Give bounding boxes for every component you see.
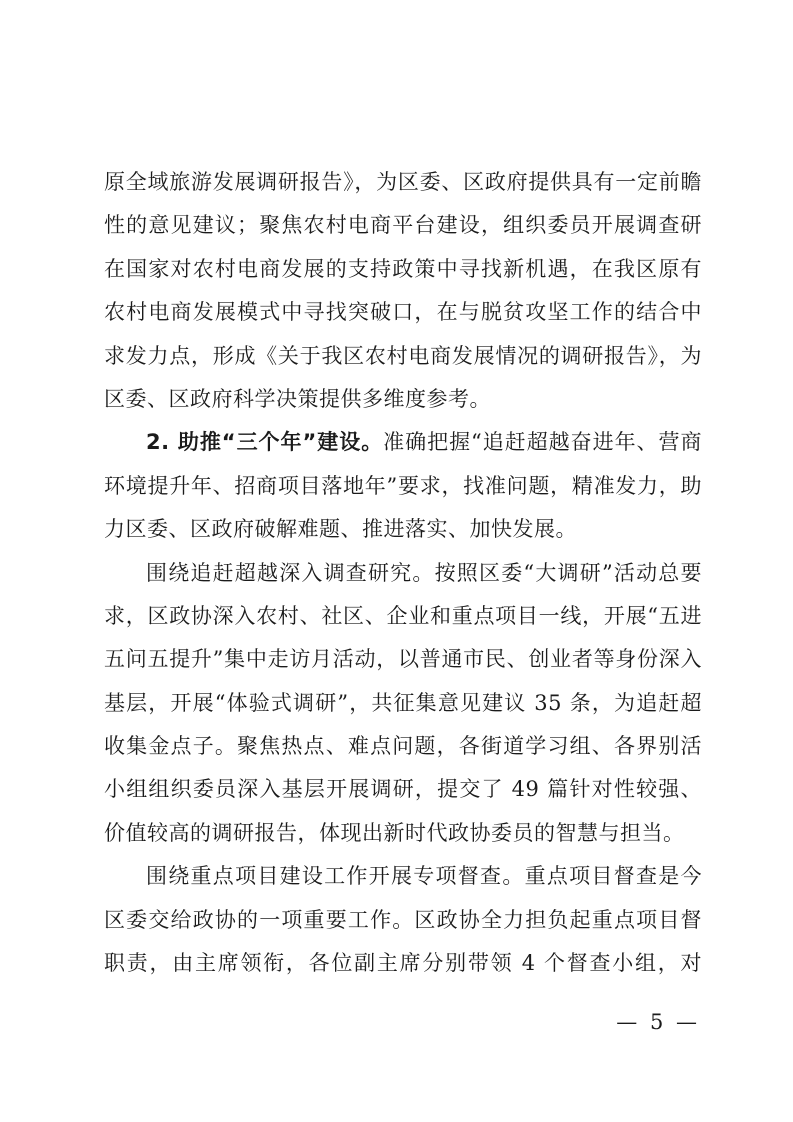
- line-text: 农村电商发展模式中寻找突破口，在与脱贫攻坚工作的结合中寻: [104, 300, 702, 334]
- line-text: 小组组织委员深入基层开展调研，提交了 49 篇针对性较强、参考: [104, 777, 702, 811]
- line-text: 区委交给政协的一项重要工作。区政协全力担负起重点项目督查: [104, 908, 702, 942]
- text-line: 求，区政协深入农村、社区、企业和重点项目一线，开展“五进: [104, 595, 702, 638]
- line-text: 力区委、区政府破解难题、推进落实、加快发展。: [104, 517, 577, 541]
- line-text: 环境提升年、招商项目落地年”要求，找准问题，精准发力，助: [104, 474, 702, 498]
- line-text: 求，区政协深入农村、社区、企业和重点项目一线，开展“五进: [104, 604, 702, 628]
- line-text: 五问五提升”集中走访月活动，以普通市民、创业者等身份深入: [104, 647, 702, 671]
- text-line: 区委、区政府科学决策提供多维度参考。: [104, 378, 702, 421]
- line-text: 围绕重点项目建设工作开展专项督查。重点项目督查是今年: [146, 864, 702, 898]
- body-text: 原全域旅游发展调研报告》，为区委、区政府提供具有一定前瞻 性的意见建议；聚焦农村…: [104, 161, 702, 985]
- text-line: 原全域旅游发展调研报告》，为区委、区政府提供具有一定前瞻: [104, 161, 702, 204]
- text-line: 围绕重点项目建设工作开展专项督查。重点项目督查是今年: [104, 855, 702, 898]
- line-text: 在国家对农村电商发展的支持政策中寻找新机遇，在我区原有的: [104, 257, 702, 291]
- line-text: 区委、区政府科学决策提供多维度参考。: [104, 387, 491, 411]
- line-text: 性的意见建议；聚焦农村电商平台建设，组织委员开展调查研究，: [104, 213, 702, 247]
- text-line: 求发力点，形成《关于我区农村电商发展情况的调研报告》，为: [104, 335, 702, 378]
- line-text: 准确把握“追赶超越奋进年、营商: [383, 430, 702, 454]
- text-line: 2. 助推“三个年”建设。准确把握“追赶超越奋进年、营商: [104, 421, 702, 464]
- text-line: 力区委、区政府破解难题、推进落实、加快发展。: [104, 508, 702, 551]
- text-line: 性的意见建议；聚焦农村电商平台建设，组织委员开展调查研究，: [104, 204, 702, 247]
- text-line: 职责，由主席领衔，各位副主席分别带领 4 个督查小组，对 100: [104, 942, 702, 985]
- line-text: 求发力点，形成《关于我区农村电商发展情况的调研报告》，为: [104, 344, 702, 368]
- text-line: 在国家对农村电商发展的支持政策中寻找新机遇，在我区原有的: [104, 248, 702, 291]
- line-text: 围绕追赶超越深入调查研究。按照区委“大调研”活动总要: [146, 561, 702, 585]
- text-line: 区委交给政协的一项重要工作。区政协全力担负起重点项目督查: [104, 899, 702, 942]
- text-line: 收集金点子。聚焦热点、难点问题，各街道学习组、各界别活动: [104, 725, 702, 768]
- text-line: 小组组织委员深入基层开展调研，提交了 49 篇针对性较强、参考: [104, 768, 702, 811]
- text-line: 围绕追赶超越深入调查研究。按照区委“大调研”活动总要: [104, 552, 702, 595]
- line-text: 收集金点子。聚焦热点、难点问题，各街道学习组、各界别活动: [104, 734, 702, 768]
- document-page: 原全域旅游发展调研报告》，为区委、区政府提供具有一定前瞻 性的意见建议；聚焦农村…: [0, 0, 793, 1122]
- line-text: 职责，由主席领衔，各位副主席分别带领 4 个督查小组，对 100: [104, 951, 702, 985]
- line-text: 价值较高的调研报告，体现出新时代政协委员的智慧与担当。: [104, 821, 685, 845]
- text-line: 价值较高的调研报告，体现出新时代政协委员的智慧与担当。: [104, 812, 702, 855]
- text-line: 环境提升年、招商项目落地年”要求，找准问题，精准发力，助: [104, 465, 702, 508]
- page-number: — 5 —: [616, 1007, 700, 1037]
- line-text: 基层，开展“体验式调研”，共征集意见建议 35 条，为追赶超越: [104, 691, 702, 725]
- text-line: 农村电商发展模式中寻找突破口，在与脱贫攻坚工作的结合中寻: [104, 291, 702, 334]
- line-text: 原全域旅游发展调研报告》，为区委、区政府提供具有一定前瞻: [104, 170, 702, 194]
- section-heading: 2. 助推“三个年”建设。: [146, 430, 383, 454]
- text-line: 五问五提升”集中走访月活动，以普通市民、创业者等身份深入: [104, 638, 702, 681]
- text-line: 基层，开展“体验式调研”，共征集意见建议 35 条，为追赶超越: [104, 682, 702, 725]
